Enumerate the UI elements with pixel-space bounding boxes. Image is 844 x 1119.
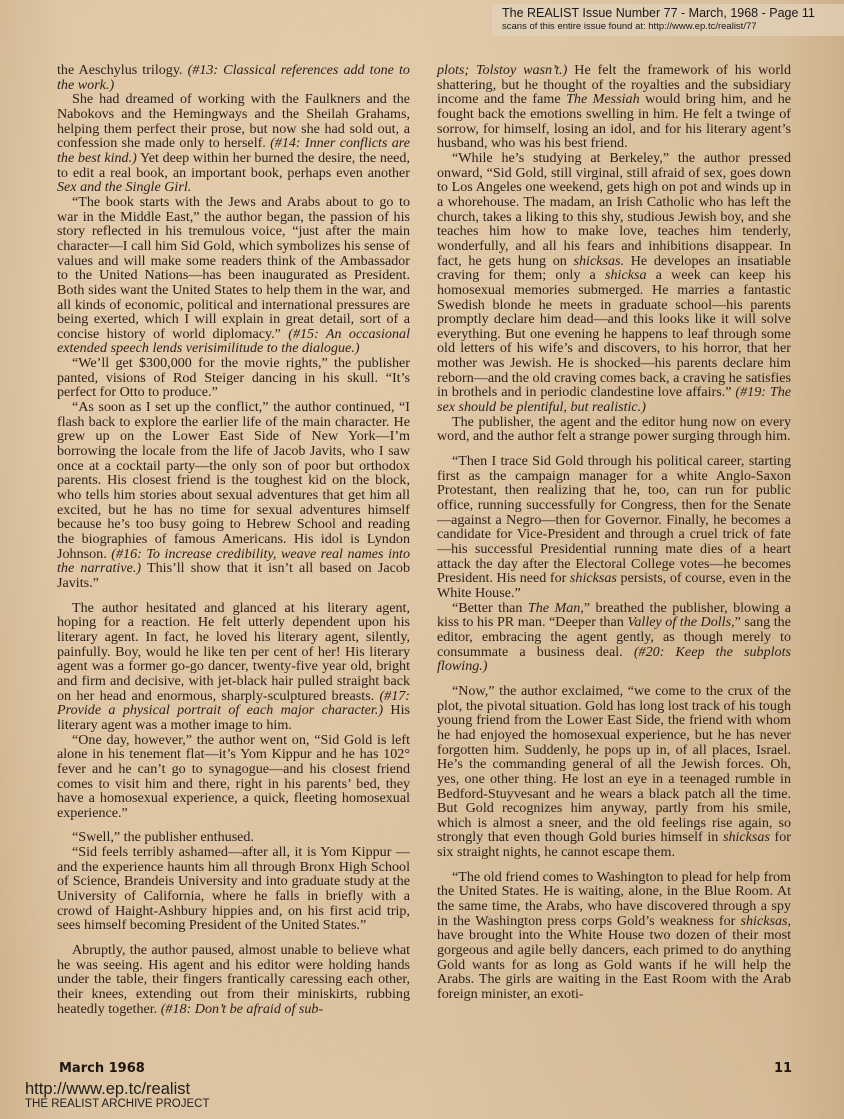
italic-text-run: (#18: Don’t be afraid of sub- — [161, 1001, 323, 1017]
article-column-right: plots; Tolstoy wasn’t.) He felt the fram… — [437, 63, 791, 1002]
italic-text-run: The Man, — [528, 600, 584, 616]
article-paragraph: “Sid feels terribly ashamed—after all, i… — [57, 845, 410, 933]
archive-url-link[interactable]: http://www.ep.tc/realist — [25, 1080, 209, 1098]
text-run: the Aeschylus trilogy. — [57, 62, 188, 78]
article-paragraph: “Then I trace Sid Gold through his polit… — [437, 454, 791, 601]
archive-header-title: The REALIST Issue Number 77 - March, 196… — [502, 6, 838, 21]
text-run: The author hesitated and glanced at his … — [57, 600, 410, 704]
text-run: “While he’s studying at Berkeley,” the a… — [437, 150, 791, 269]
text-run: a week can keep his homosexual memories … — [437, 267, 791, 400]
italic-text-run: shicksa — [605, 267, 647, 283]
text-run: “The book starts with the Jews and Arabs… — [57, 194, 410, 342]
italic-text-run: shicksas — [723, 829, 770, 845]
italic-text-run: Valley of the Dolls, — [627, 614, 734, 630]
archive-header: The REALIST Issue Number 77 - March, 196… — [492, 4, 844, 36]
italic-text-run: plots; Tolstoy wasn’t.) — [437, 62, 567, 78]
italic-text-run: Sex and the Single Girl. — [57, 179, 191, 195]
text-run: “We’ll get $300,000 for the movie rights… — [57, 355, 410, 400]
article-paragraph: She had dreamed of working with the Faul… — [57, 92, 410, 195]
italic-text-run: shicksas — [570, 570, 617, 586]
text-run: “Swell,” the publisher enthused. — [72, 829, 254, 845]
article-paragraph: “The old friend comes to Washington to p… — [437, 870, 791, 1002]
text-run: have brought into the White House two do… — [437, 927, 791, 1002]
italic-text-run: shicksas. — [574, 253, 625, 269]
article-paragraph: “One day, however,” the author went on, … — [57, 733, 410, 821]
archive-footer: http://www.ep.tc/realist THE REALIST ARC… — [25, 1080, 209, 1111]
article-paragraph: “Now,” the author exclaimed, “we come to… — [437, 684, 791, 860]
text-run: “Now,” the author exclaimed, “we come to… — [437, 683, 791, 846]
text-run: “Then I trace Sid Gold through his polit… — [437, 453, 791, 586]
article-paragraph: Abruptly, the author paused, almost unab… — [57, 943, 410, 1016]
article-column-left: the Aeschylus trilogy. (#13: Classical r… — [57, 63, 410, 1016]
article-paragraph: “We’ll get $300,000 for the movie rights… — [57, 356, 410, 400]
article-paragraph: “The book starts with the Jews and Arabs… — [57, 195, 410, 356]
article-paragraph: plots; Tolstoy wasn’t.) He felt the fram… — [437, 63, 791, 151]
text-run: The publisher, the agent and the editor … — [437, 414, 791, 445]
issue-date: March 1968 — [59, 1061, 145, 1076]
article-paragraph: the Aeschylus trilogy. (#13: Classical r… — [57, 63, 410, 92]
article-paragraph: The publisher, the agent and the editor … — [437, 415, 791, 444]
text-run: “As soon as I set up the conflict,” the … — [57, 399, 410, 562]
article-paragraph: “Swell,” the publisher enthused. — [57, 830, 410, 845]
text-run: “Sid feels terribly ashamed—after all, i… — [57, 844, 410, 933]
text-run: “One day, however,” the author went on, … — [57, 732, 410, 821]
text-run: “Better than — [452, 600, 528, 616]
italic-text-run: shicksas, — [741, 913, 792, 929]
text-run: “The old friend comes to Washington to p… — [437, 869, 791, 929]
page-number: 11 — [774, 1061, 792, 1076]
article-paragraph: “While he’s studying at Berkeley,” the a… — [437, 151, 791, 415]
archive-project-label: THE REALIST ARCHIVE PROJECT — [25, 1098, 209, 1111]
archive-header-subtitle: scans of this entire issue found at: htt… — [502, 21, 838, 33]
article-paragraph: “As soon as I set up the conflict,” the … — [57, 400, 410, 591]
article-paragraph: The author hesitated and glanced at his … — [57, 601, 410, 733]
article-paragraph: “Better than The Man,” breathed the publ… — [437, 601, 791, 674]
italic-text-run: The Messiah — [566, 91, 640, 107]
